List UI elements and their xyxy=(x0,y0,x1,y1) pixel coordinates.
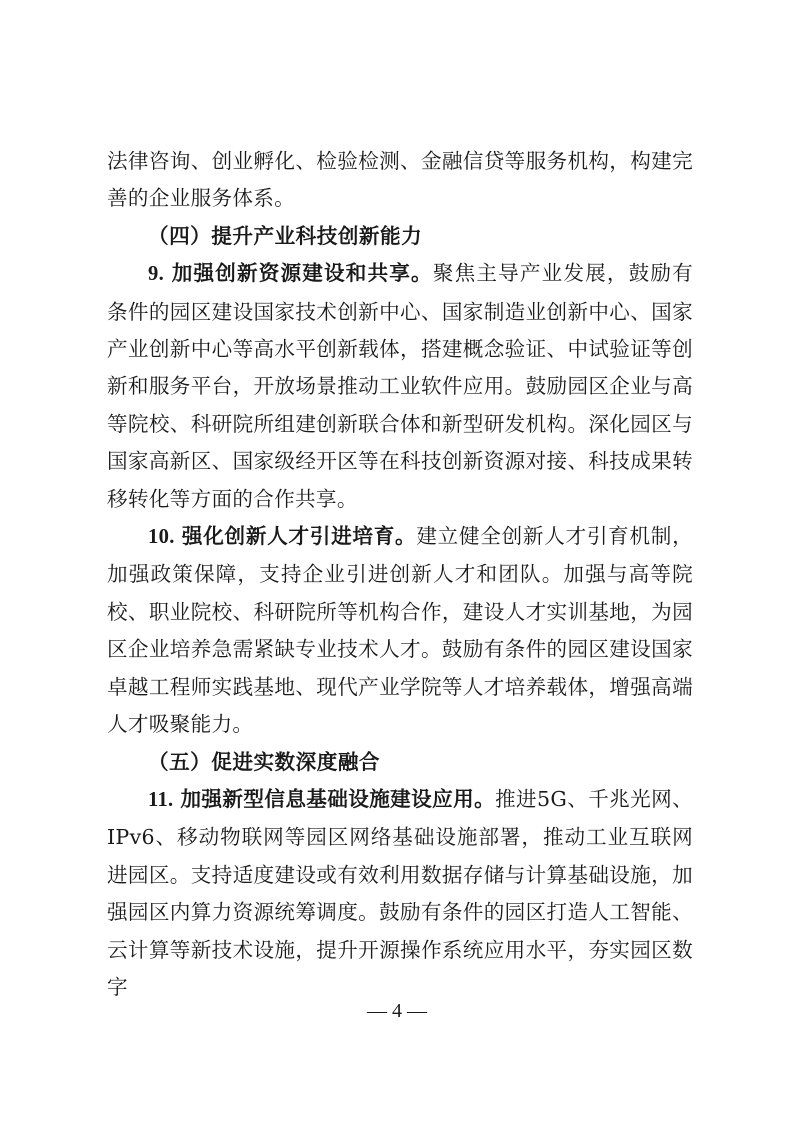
item-paragraph-9: 9. 加强创新资源建设和共享。聚焦主导产业发展，鼓励有条件的园区建设国家技术创新… xyxy=(107,255,693,518)
item-title: 加强新型信息基础设施建设应用。 xyxy=(180,787,495,811)
item-title: 加强创新资源建设和共享。 xyxy=(172,261,433,285)
item-body: 推进5G、千兆光网、IPv6、移动物联网等园区网络基础设施部署，推动工业互联网进… xyxy=(107,787,693,999)
item-title: 强化创新人才引进培育。 xyxy=(182,524,416,548)
item-paragraph-10: 10. 强化创新人才引进培育。建立健全创新人才引育机制，加强政策保障，支持企业引… xyxy=(107,518,693,743)
item-number: 11. xyxy=(148,789,174,811)
page-number: — 4 — xyxy=(0,1000,794,1023)
item-number: 9. xyxy=(148,263,164,285)
item-body: 聚焦主导产业发展，鼓励有条件的园区建设国家技术创新中心、国家制造业创新中心、国家… xyxy=(107,261,693,510)
item-number: 10. xyxy=(148,526,175,548)
continuation-paragraph: 法律咨询、创业孵化、检验检测、金融信贷等服务机构，构建完善的企业服务体系。 xyxy=(107,143,693,218)
section-heading-4: （四）提升产业科技创新能力 xyxy=(107,218,693,255)
document-page: 法律咨询、创业孵化、检验检测、金融信贷等服务机构，构建完善的企业服务体系。 （四… xyxy=(107,143,693,1006)
item-paragraph-11: 11. 加强新型信息基础设施建设应用。推进5G、千兆光网、IPv6、移动物联网等… xyxy=(107,781,693,1006)
item-body: 建立健全创新人才引育机制，加强政策保障，支持企业引进创新人才和团队。加强与高等院… xyxy=(107,524,693,736)
section-heading-5: （五）促进实数深度融合 xyxy=(107,744,693,781)
